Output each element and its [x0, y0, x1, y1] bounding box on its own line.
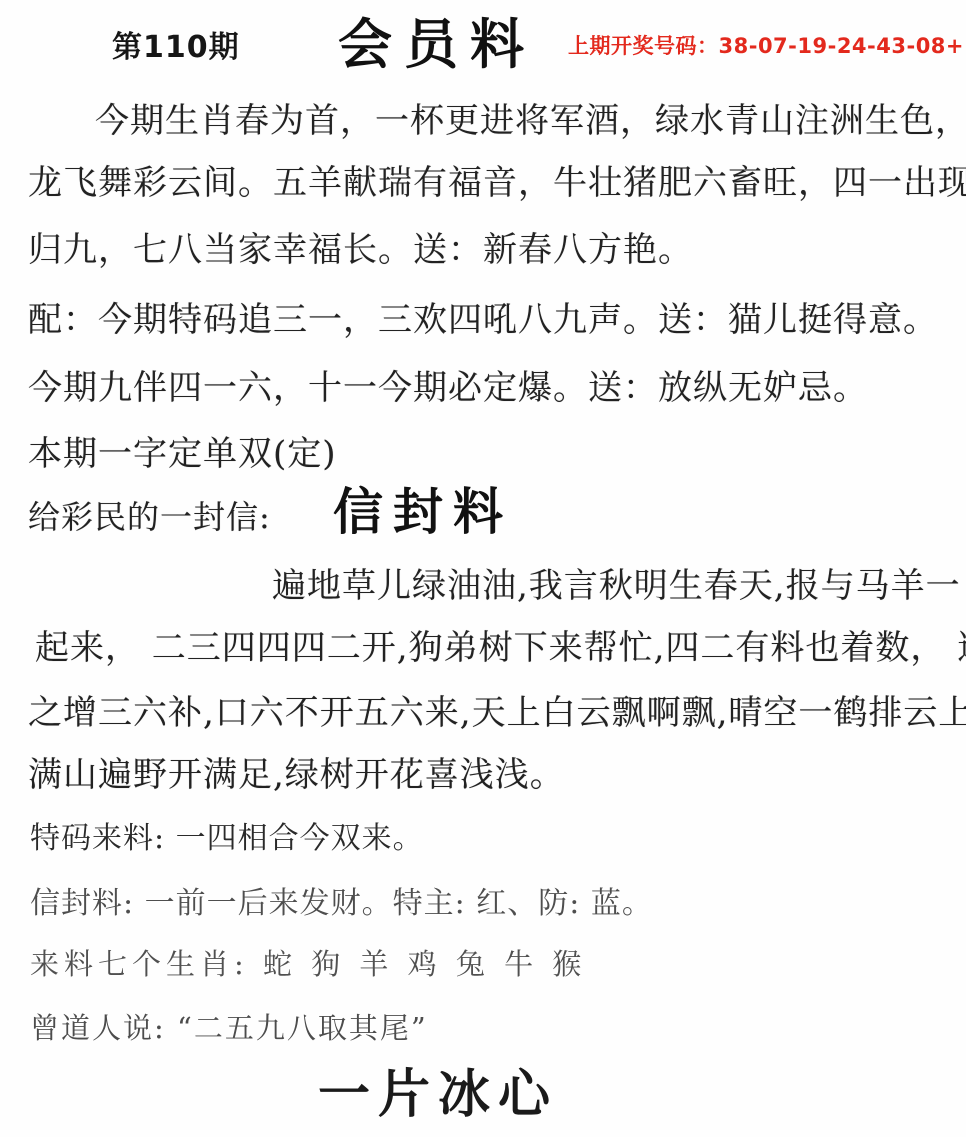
letter-line-4: 满山遍野开满足,绿树开花喜浅浅。	[28, 747, 565, 796]
letter-intro-label: 给彩民的一封信:	[28, 492, 271, 538]
letter-line-2: 起来， 二三四四四二开,狗弟树下来帮忙,四二有料也着数， 透风	[35, 620, 966, 669]
member-poem-line-4: 配：今期特码追三一，三欢四吼八九声。送：猫儿挺得意。	[28, 292, 938, 341]
special-code-note: 特码来料: 一四相合今双来。	[30, 813, 424, 857]
zodiac-note: 来料七个生肖: 蛇 狗 羊 鸡 兔 牛 猴	[30, 942, 586, 983]
member-poem-line-2: 龙飞舞彩云间。五羊献瑞有福音，牛壮猪肥六畜旺，四一出现画	[28, 155, 966, 204]
last-draw-numbers: 上期开奖号码：38-07-19-24-43-08+16	[568, 30, 966, 60]
letter-line-1: 遍地草儿绿油油,我言秋明生春天,报与马羊一	[272, 558, 961, 607]
single-double-line: 本期一字定单双(定)	[28, 426, 337, 475]
letter-line-3: 之增三六补,口六不开五六来,天上白云飘啊飘,晴空一鹤排云上,	[28, 685, 966, 734]
member-poem-line-1: 今期生肖春为首，一杯更进将军酒，绿水青山注洲生色，金	[95, 93, 966, 142]
zengdaoren-note: 曾道人说: “二五九八取其尾”	[30, 1006, 428, 1047]
envelope-note: 信封料: 一前一后来发财。特主: 红、防: 蓝。	[30, 878, 653, 922]
page-title: 会员料	[338, 2, 536, 79]
issue-number-label: 第110期	[112, 22, 240, 66]
member-poem-line-3: 归九，七八当家幸福长。送：新春八方艳。	[28, 222, 693, 271]
member-poem-line-5: 今期九伴四一六，十一今期必定爆。送：放纵无妒忌。	[28, 360, 868, 409]
signature: 一片冰心	[318, 1052, 558, 1127]
tip-sheet-page: 第110期 会员料 上期开奖号码：38-07-19-24-43-08+16 今期…	[0, 0, 966, 1137]
letter-section-title: 信封料	[333, 472, 513, 544]
